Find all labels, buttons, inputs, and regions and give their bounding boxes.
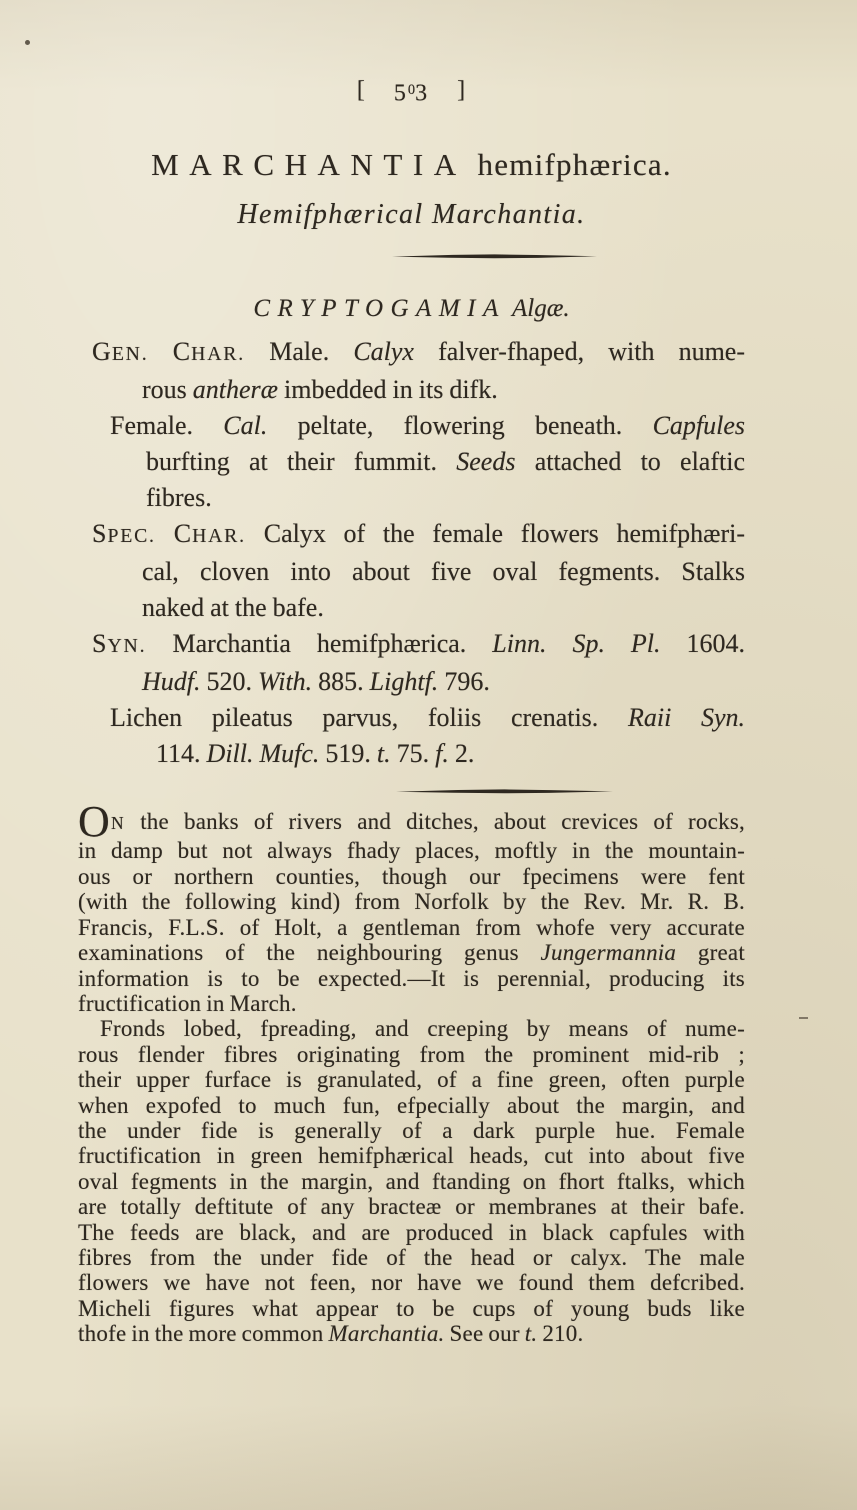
text-line: (with the following kind) from Norfolk b… bbox=[78, 889, 745, 914]
specific-character-block: SPEC. CHAR. Calyx of the female flowers … bbox=[92, 516, 745, 626]
text-segment: PEC. bbox=[108, 525, 174, 547]
page-number-open-bracket: [ bbox=[357, 76, 366, 104]
text-line: ous or northern counties, though our fpe… bbox=[78, 864, 745, 889]
synonyms-block: SYN. Marchantia hemifphærica. Linn. Sp. … bbox=[92, 626, 745, 700]
section-divider-rule bbox=[396, 788, 613, 795]
text-segment: Hudf. bbox=[142, 667, 201, 696]
page-number: [503] bbox=[78, 76, 745, 107]
text-line: thofe in the more common Marchantia. See… bbox=[78, 1321, 745, 1346]
text-segment: Linn. Sp. Pl. bbox=[492, 629, 660, 658]
text-segment: Lightf. bbox=[370, 667, 439, 696]
page-number-close-bracket: ] bbox=[457, 76, 466, 104]
text-line: Female. Cal. peltate, flowering beneath.… bbox=[110, 408, 745, 444]
section-divider-rule bbox=[392, 253, 597, 260]
text-line: information is to be expected.—It is per… bbox=[78, 966, 745, 991]
paper-speck bbox=[25, 40, 30, 45]
text-segment: the banks of rivers and ditches, about c… bbox=[140, 809, 745, 834]
text-segment: 210. bbox=[537, 1321, 583, 1346]
text-segment: naked at the bafe. bbox=[142, 593, 324, 622]
text-line: Francis, F.L.S. of Holt, a gentleman fro… bbox=[78, 915, 745, 940]
text-segment: fibres. bbox=[146, 483, 212, 512]
text-segment: Dill. Mufc. bbox=[207, 739, 320, 768]
text-segment: 885. bbox=[312, 667, 370, 696]
text-line: GEN. CHAR. Male. Calyx falver-fhaped, wi… bbox=[92, 334, 745, 372]
paper-speck bbox=[233, 169, 237, 173]
genus-name: MARCHANTIA bbox=[151, 147, 467, 182]
text-line: Fronds lobed, fpreading, and creeping by… bbox=[78, 1016, 745, 1041]
text-segment: Algæ. bbox=[512, 295, 570, 322]
text-line: the under fide is generally of a dark pu… bbox=[78, 1118, 745, 1143]
text-segment: burfting at their fummit. bbox=[146, 447, 456, 476]
text-segment: 2. bbox=[449, 739, 475, 768]
text-segment: HAR. bbox=[191, 343, 269, 365]
text-line: ON the banks of rivers and ditches, abou… bbox=[78, 807, 745, 838]
text-segment: 520. bbox=[201, 667, 259, 696]
text-line: Micheli figures what appear to be cups o… bbox=[78, 1296, 745, 1321]
text-segment: Cal. bbox=[223, 411, 267, 440]
text-segment: t. bbox=[377, 739, 391, 768]
text-segment: Female. bbox=[110, 411, 223, 440]
text-segment: antheræ bbox=[193, 375, 278, 404]
page-number-digits: 503 bbox=[394, 76, 429, 107]
text-segment: falver-fhaped, with nume- bbox=[414, 337, 745, 366]
text-segment: EN. bbox=[112, 343, 173, 365]
description-text: ON the banks of rivers and ditches, abou… bbox=[78, 807, 745, 1346]
text-line: SPEC. CHAR. Calyx of the female flowers … bbox=[92, 516, 745, 554]
text-line: fructification in March. bbox=[78, 991, 745, 1016]
text-line: their upper furface is granulated, of a … bbox=[78, 1067, 745, 1092]
text-line: burfting at their fummit. Seeds attached… bbox=[110, 444, 745, 480]
text-segment: t. bbox=[525, 1321, 538, 1346]
text-segment: Calyx of the female flowers hemifphæri- bbox=[264, 519, 745, 548]
text-segment: Seeds bbox=[456, 447, 515, 476]
text-segment: 75. bbox=[391, 739, 436, 768]
text-segment: 519. bbox=[319, 739, 377, 768]
text-segment: Male. bbox=[269, 337, 353, 366]
text-segment: rous bbox=[142, 375, 193, 404]
text-segment: 1604. bbox=[661, 629, 745, 658]
text-segment: N bbox=[111, 813, 140, 833]
text-line: rous antheræ imbedded in its difk. bbox=[92, 372, 745, 408]
text-segment: Jungermannia bbox=[541, 940, 677, 965]
text-segment: Raii Syn. bbox=[628, 703, 745, 732]
morphology-paragraph: Fronds lobed, fpreading, and creeping by… bbox=[78, 1016, 745, 1346]
text-segment: YN. bbox=[108, 635, 173, 657]
text-segment: examinations of the neighbouring genus bbox=[78, 940, 541, 965]
text-segment: HAR. bbox=[192, 525, 264, 547]
text-segment: f. bbox=[435, 739, 449, 768]
text-segment: Calyx bbox=[353, 337, 414, 366]
text-segment: S bbox=[92, 519, 108, 548]
text-line: flowers we have not feen, nor have we fo… bbox=[78, 1270, 745, 1295]
stray-ink-mark bbox=[799, 1017, 808, 1019]
text-segment: thofe in the more common bbox=[78, 1321, 329, 1346]
tapered-rule-icon bbox=[396, 788, 613, 795]
tapered-rule-icon bbox=[392, 253, 597, 260]
text-segment: peltate, flowering beneath. bbox=[267, 411, 652, 440]
text-segment: Marchantia hemifphærica. bbox=[173, 629, 493, 658]
text-segment: With. bbox=[258, 667, 312, 696]
text-line: 114. Dill. Mufc. 519. t. 75. f. 2. bbox=[110, 736, 745, 772]
taxonomy-line: CRYPTOGAMIA Algæ. bbox=[78, 294, 745, 324]
text-segment: Capfules bbox=[653, 411, 745, 440]
text-line: oval fegments in the margin, and ftandin… bbox=[78, 1169, 745, 1194]
generic-character-block: GEN. CHAR. Male. Calyx falver-fhaped, wi… bbox=[92, 334, 745, 408]
text-line: SYN. Marchantia hemifphærica. Linn. Sp. … bbox=[92, 626, 745, 664]
text-line: in damp but not always fhady places, mof… bbox=[78, 838, 745, 863]
text-line: are totally deftitute of any bracteæ or … bbox=[78, 1194, 745, 1219]
text-line: The feeds are black, and are produced in… bbox=[78, 1220, 745, 1245]
text-segment: Marchantia. bbox=[329, 1321, 445, 1346]
text-segment: attached to elaftic bbox=[515, 447, 745, 476]
english-name-subtitle: Hemifphærical Marchantia. bbox=[78, 198, 745, 231]
text-line: cal, cloven into about five oval fegment… bbox=[92, 554, 745, 590]
book-page: [503] MARCHANTIAhemifphærica. Hemifphæri… bbox=[0, 0, 857, 1510]
text-segment: imbedded in its difk. bbox=[278, 375, 498, 404]
text-line: fibres from the under fide of the head o… bbox=[78, 1245, 745, 1270]
text-line: fructification in green hemifphærical he… bbox=[78, 1143, 745, 1168]
text-segment: 796. bbox=[438, 667, 490, 696]
text-segment: C bbox=[174, 519, 192, 548]
text-segment: S bbox=[92, 629, 108, 658]
text-line: rous flender fibres originating from the… bbox=[78, 1042, 745, 1067]
text-segment: cal, cloven into about five oval fegment… bbox=[142, 557, 745, 586]
text-line: fibres. bbox=[110, 480, 745, 516]
text-segment: 114. bbox=[156, 739, 207, 768]
lichen-synonym-block: Lichen pileatus parvus, foliis crenatis.… bbox=[110, 700, 745, 772]
text-segment: G bbox=[92, 337, 112, 366]
text-segment: Lichen pileatus parvus, foliis crenatis. bbox=[110, 703, 628, 732]
synopsis: GEN. CHAR. Male. Calyx falver-fhaped, wi… bbox=[78, 334, 745, 772]
text-line: when expofed to much fun, efpecially abo… bbox=[78, 1093, 745, 1118]
text-line: examinations of the neighbouring genus J… bbox=[78, 940, 745, 965]
species-title: MARCHANTIAhemifphærica. bbox=[78, 147, 745, 183]
female-character-block: Female. Cal. peltate, flowering beneath.… bbox=[110, 408, 745, 516]
habitat-paragraph: ON the banks of rivers and ditches, abou… bbox=[78, 807, 745, 1016]
text-segment: great bbox=[676, 940, 745, 965]
text-segment: C bbox=[173, 337, 191, 366]
species-epithet: hemifphærica. bbox=[478, 147, 672, 182]
text-line: naked at the bafe. bbox=[92, 590, 745, 626]
text-line: Lichen pileatus parvus, foliis crenatis.… bbox=[110, 700, 745, 736]
page-number-raised-zero: 0 bbox=[408, 82, 415, 98]
text-segment: See our bbox=[445, 1321, 525, 1346]
text-line: Hudf. 520. With. 885. Lightf. 796. bbox=[92, 664, 745, 700]
text-segment: CRYPTOGAMIA bbox=[253, 295, 505, 322]
